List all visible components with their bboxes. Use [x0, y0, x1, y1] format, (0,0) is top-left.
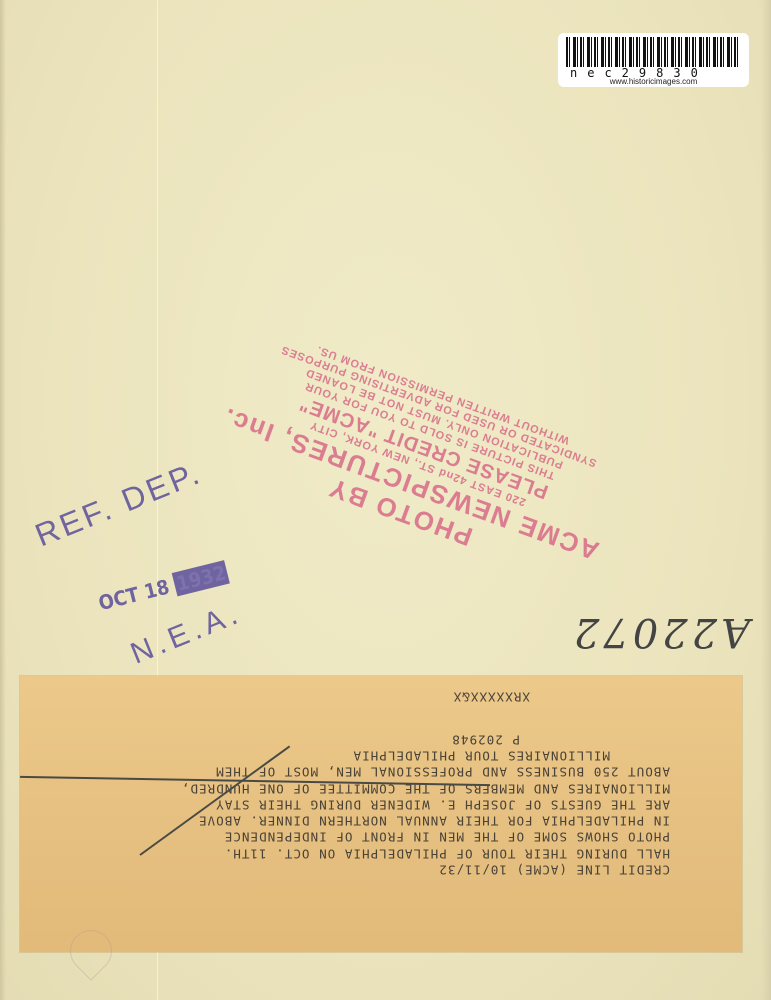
barcode-url: www.historicimages.com [558, 77, 749, 86]
barcode-icon [566, 37, 741, 67]
caption-strikeout: XRXXXXX&X [110, 688, 670, 704]
caption-id: P 202948 [110, 731, 670, 747]
date-stamp-day: OCT 18 [96, 575, 172, 616]
caption-line: ARE THE GUESTS OF JOSEPH E. WIDENER DURI… [110, 796, 670, 812]
barcode-label: nec29830 www.historicimages.com [558, 33, 749, 87]
nea-stamp: N.E.A. [126, 596, 247, 671]
caption-headline: MILLIONAIRES TOUR PHILADELPHIA [110, 747, 670, 763]
paper-left-edge [0, 0, 6, 1000]
caption-line: CREDIT LINE (ACME) 10/11/32 [110, 861, 670, 877]
caption-line: PHOTO SHOWS SOME OF THE MEN IN FRONT OF … [110, 828, 670, 844]
caption-slip: CREDIT LINE (ACME) 10/11/32HALL DURING T… [20, 676, 742, 952]
caption-line: HALL DURING THEIR TOUR OF PHILADELPHIA O… [110, 845, 670, 861]
acme-credit-stamp: PHOTO BY ACME NEWSPICTURES, Inc. 220 EAS… [198, 153, 702, 597]
caption-line: ABOUT 250 BUSINESS AND PROFESSIONAL MEN,… [110, 763, 670, 779]
handwritten-number: A22072 [470, 555, 750, 655]
photo-back-paper: nec29830 www.historicimages.com PHOTO BY… [0, 0, 771, 1000]
ref-dept-stamp: REF. DEP. [30, 454, 207, 554]
date-stamp-year: 1932 [172, 560, 230, 596]
paper-right-edge [761, 0, 771, 1000]
caption-line [110, 714, 670, 730]
